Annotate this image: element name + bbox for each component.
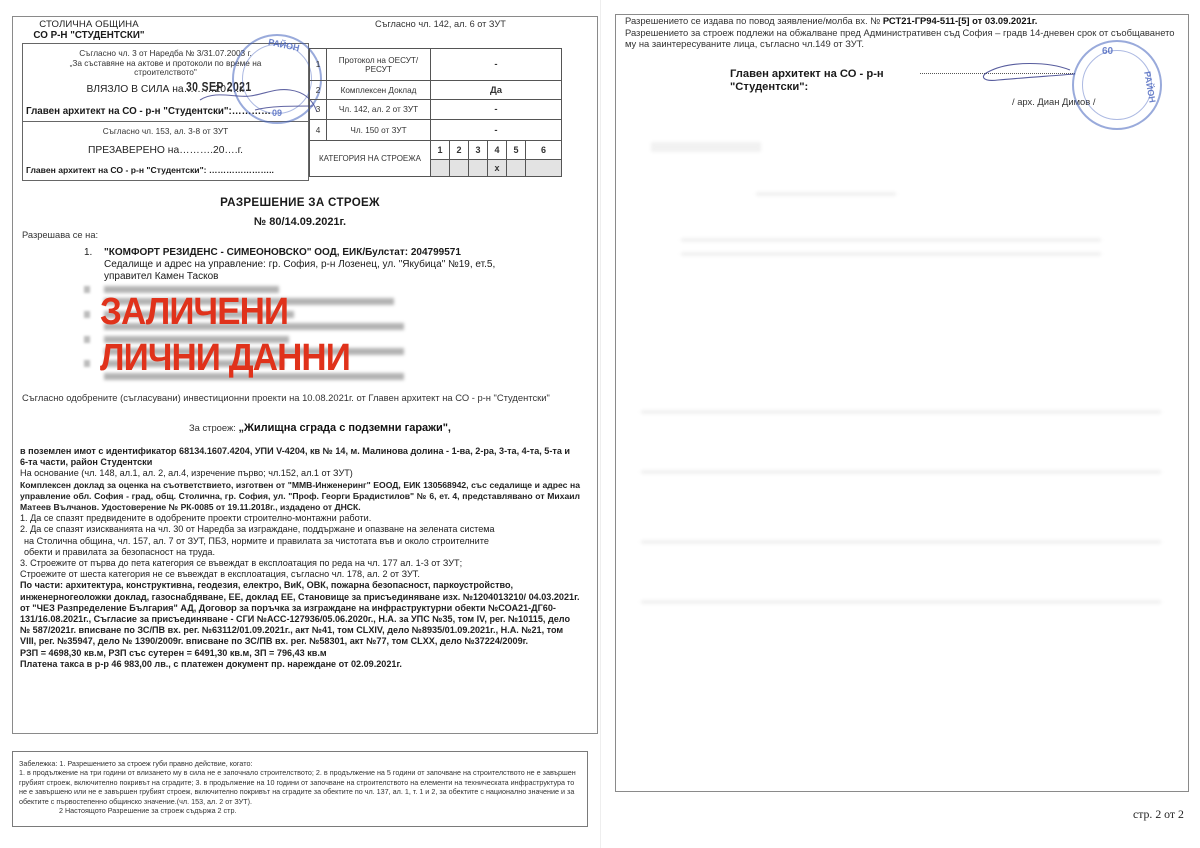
row-value: - <box>431 100 562 120</box>
table-row: 3 Чл. 142, ал. 2 от ЗУТ - <box>310 100 562 120</box>
legal-basis: На основание (чл. 148, ал.1, ал. 2, ал.4… <box>20 468 580 479</box>
request-reference: Разрешението се издава по повод заявлени… <box>625 15 1185 27</box>
municipality-header: СТОЛИЧНА ОБЩИНА СО Р-Н "СТУДЕНТСКИ" <box>30 19 148 41</box>
row-number: 4 <box>310 120 327 141</box>
recertification-box: Съгласно чл. 153, ал. 3-8 от ЗУТ ПРЕЗАВЕ… <box>22 121 309 181</box>
bleed-through <box>681 252 1101 256</box>
condition-line: на Столична община, чл. 157, ал. 7 от ЗУ… <box>20 536 580 547</box>
row-label: Чл. 150 от ЗУТ <box>327 120 431 141</box>
condition-line: Строежите от шеста категория не се въвеж… <box>20 569 580 580</box>
owner-address: Седалище и адрес на управление: гр. Софи… <box>104 259 504 271</box>
row-label: Чл. 142, ал. 2 от ЗУТ <box>327 100 431 120</box>
signatory-district: "Студентски": <box>730 81 884 94</box>
row-value: - <box>431 120 562 141</box>
bleed-through <box>756 192 896 196</box>
for-building-label: За строеж: <box>189 422 236 433</box>
permit-body: в поземлен имот с идентификатор 68134.16… <box>20 446 580 670</box>
category-number: 4 <box>488 141 507 160</box>
row-value: - <box>431 49 562 81</box>
recertified-label: ПРЕЗАВЕРЕНО на……….20….г. <box>23 145 308 156</box>
category-mark <box>507 160 526 177</box>
condition-line: обекти и правилата за безопасност на тру… <box>20 547 580 558</box>
owner-name: "КОМФОРТ РЕЗИДЕНС - СИМЕОНОВСКО" ООД, ЕИ… <box>104 247 504 259</box>
building-name: „Жилищна сграда с подземни гаражи", <box>238 422 451 434</box>
official-stamp-icon: 60 РАЙОН <box>1072 40 1162 130</box>
district-name: СО Р-Н "СТУДЕНТСКИ" <box>30 30 148 41</box>
category-number: 5 <box>507 141 526 160</box>
request-prefix: Разрешението се издава по повод заявлени… <box>625 15 883 26</box>
permit-number: № 80/14.09.2021г. <box>0 216 600 228</box>
row-label: Протокол на ОЕСУТ/РЕСУТ <box>327 49 431 81</box>
building-areas: РЗП = 4698,30 кв.м, РЗП със сутерен = 64… <box>20 648 580 659</box>
bleed-through <box>651 142 761 152</box>
permit-page-1: СТОЛИЧНА ОБЩИНА СО Р-Н "СТУДЕНТСКИ" Съгл… <box>0 0 600 848</box>
table-row: 4 Чл. 150 от ЗУТ - <box>310 120 562 141</box>
category-header-row: КАТЕГОРИЯ НА СТРОЕЖА 1 2 3 4 5 6 <box>310 141 562 160</box>
category-number: 2 <box>450 141 469 160</box>
category-label: КАТЕГОРИЯ НА СТРОЕЖА <box>310 141 431 177</box>
stamp-number: 60 <box>1102 46 1113 57</box>
condition-line: 2. Да се спазят изискванията на чл. 30 о… <box>20 524 580 535</box>
category-mark <box>450 160 469 177</box>
redaction-overlay-line1: ЗАЛИЧЕНИ <box>100 293 288 331</box>
project-parts: По части: архитектура, конструктивна, ге… <box>20 580 580 647</box>
row-number: 1 <box>310 49 327 81</box>
chief-architect-signature-block: Главен архитект на СО - р-н "Студентски"… <box>730 68 884 94</box>
condition-line: 1. Да се спазят предвидените в одобренит… <box>20 513 580 524</box>
building-description: За строеж: „Жилищна сграда с подземни га… <box>0 422 600 434</box>
bleed-through <box>641 410 1161 414</box>
signature-icon <box>970 52 1080 92</box>
category-number: 1 <box>431 141 450 160</box>
condition-line: 3. Строежите от първа до пета категория … <box>20 558 580 569</box>
category-table: 1 Протокол на ОЕСУТ/РЕСУТ - 2 Комплексен… <box>309 48 562 177</box>
category-mark <box>526 160 562 177</box>
category-mark <box>469 160 488 177</box>
bleed-through <box>641 600 1161 604</box>
owner-number: 1. <box>84 247 92 259</box>
row-label: Комплексен Доклад <box>327 81 431 100</box>
category-number: 3 <box>469 141 488 160</box>
category-number: 6 <box>526 141 562 160</box>
table-row: 1 Протокол на ОЕСУТ/РЕСУТ - <box>310 49 562 81</box>
owner-manager: управител Камен Тасков <box>104 271 504 283</box>
row-number: 3 <box>310 100 327 120</box>
bleed-through <box>641 540 1161 544</box>
category-mark: x <box>488 160 507 177</box>
grant-intro: Разрешава се на: <box>22 230 98 240</box>
signatory-title: Главен архитект на СО - р-н <box>730 68 884 81</box>
municipality-name: СТОЛИЧНА ОБЩИНА <box>30 19 148 30</box>
property-description: в поземлен имот с идентификатор 68134.16… <box>20 446 580 468</box>
page2-frame <box>615 14 1189 792</box>
bleed-through <box>641 470 1161 474</box>
note-box: Забележка: 1. Разрешението за строеж губ… <box>12 751 588 827</box>
category-mark <box>431 160 450 177</box>
row-number: 2 <box>310 81 327 100</box>
fee-paid: Платена такса в р-р 46 983,00 лв., с пла… <box>20 659 580 670</box>
row-value: Да <box>431 81 562 100</box>
page-number: стр. 2 от 2 <box>1133 807 1184 822</box>
complex-report: Комплексен доклад за оценка на съответст… <box>20 480 580 514</box>
recert-signatory-line: Главен архитект на СО - р-н "Студентски"… <box>26 165 274 175</box>
approved-projects-text: Съгласно одобрените (съгласувани) инвест… <box>22 392 582 404</box>
note-pages: 2 Настоящото Разрешение за строеж съдърж… <box>19 806 581 815</box>
note-body: 1. в продължение на три години от влизан… <box>19 768 581 806</box>
category-table-title: Съгласно чл. 142, ал. 6 от ЗУТ <box>375 19 506 29</box>
redaction-overlay-line2: ЛИЧНИ ДАННИ <box>100 339 350 377</box>
table-row: 2 Комплексен Доклад Да <box>310 81 562 100</box>
document-title: РАЗРЕШЕНИЕ ЗА СТРОЕЖ <box>0 196 600 209</box>
request-number: РСТ21-ГР94-511-[5] от 03.09.2021г. <box>883 15 1037 26</box>
note-heading: Забележка: 1. Разрешението за строеж губ… <box>19 759 581 768</box>
bleed-through <box>681 238 1101 242</box>
